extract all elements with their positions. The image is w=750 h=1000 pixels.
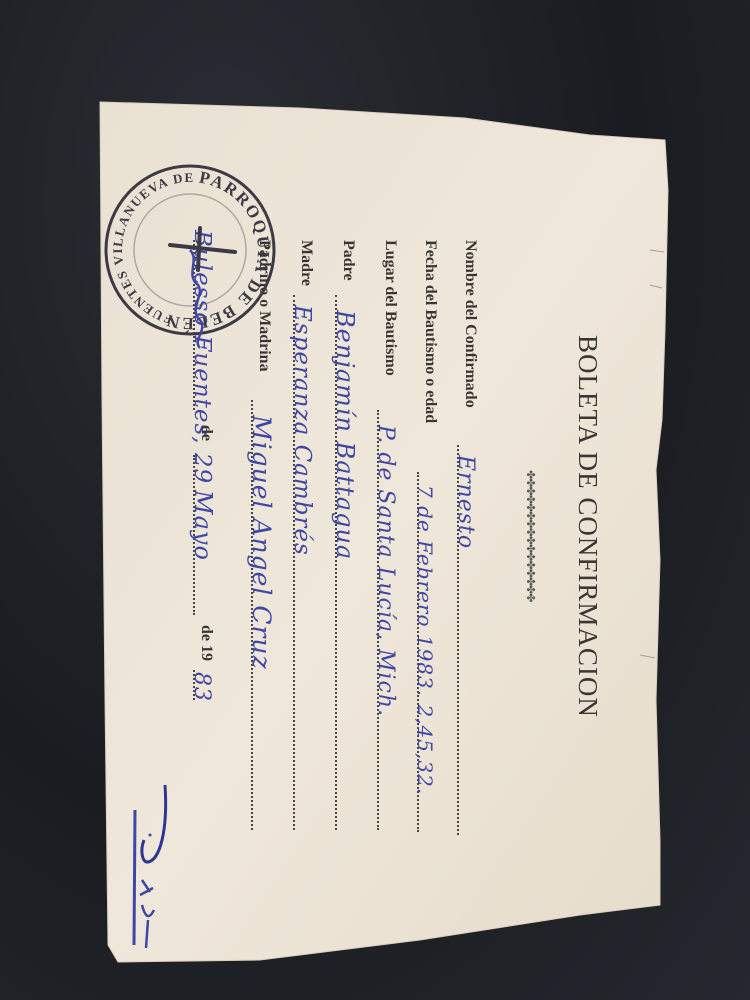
field-value: P. de Santa Lucía, Mich. — [373, 425, 398, 717]
field-label: Lugar del Bautismo — [381, 240, 399, 376]
field-label: Padre — [339, 240, 357, 281]
field-value: Miguel Angel Cruz — [247, 415, 276, 670]
field-value: 7 de Febrero 1983. 2,45,32. — [413, 485, 437, 795]
month-value: Mayo — [189, 490, 217, 561]
year-value: 83 — [189, 672, 214, 702]
field-label: Fecha del Bautismo o edad — [421, 240, 439, 423]
field-nombre: Nombre del Confirmado Ernesto — [449, 240, 479, 860]
field-label: Madre — [297, 240, 315, 286]
handwritten-mark — [170, 240, 230, 350]
de-label: de — [197, 425, 215, 441]
field-value: Ernesto — [453, 455, 478, 549]
field-value: Esperanza Cambrés — [289, 305, 315, 556]
document-title: BOLETA DE CONFIRMACION — [572, 335, 603, 718]
field-label: Nombre del Confirmado — [461, 240, 479, 408]
title-ornament: ✤✤✤✤✤✤✤✤✤✤✤✤✤✤✤✤ — [527, 470, 537, 630]
field-lugar-bautismo: Lugar del Bautismo P. de Santa Lucía, Mi… — [369, 240, 399, 860]
field-padre: Padre Benjamín Battagua — [327, 240, 357, 860]
field-value: Benjamín Battagua — [331, 310, 359, 560]
year-prefix-label: de 19 — [197, 625, 215, 661]
field-madre: Madre Esperanza Cambrés — [285, 240, 315, 860]
field-fecha-bautismo: Fecha del Bautismo o edad 7 de Febrero 1… — [409, 240, 439, 860]
signature: Díaz — [120, 770, 180, 950]
